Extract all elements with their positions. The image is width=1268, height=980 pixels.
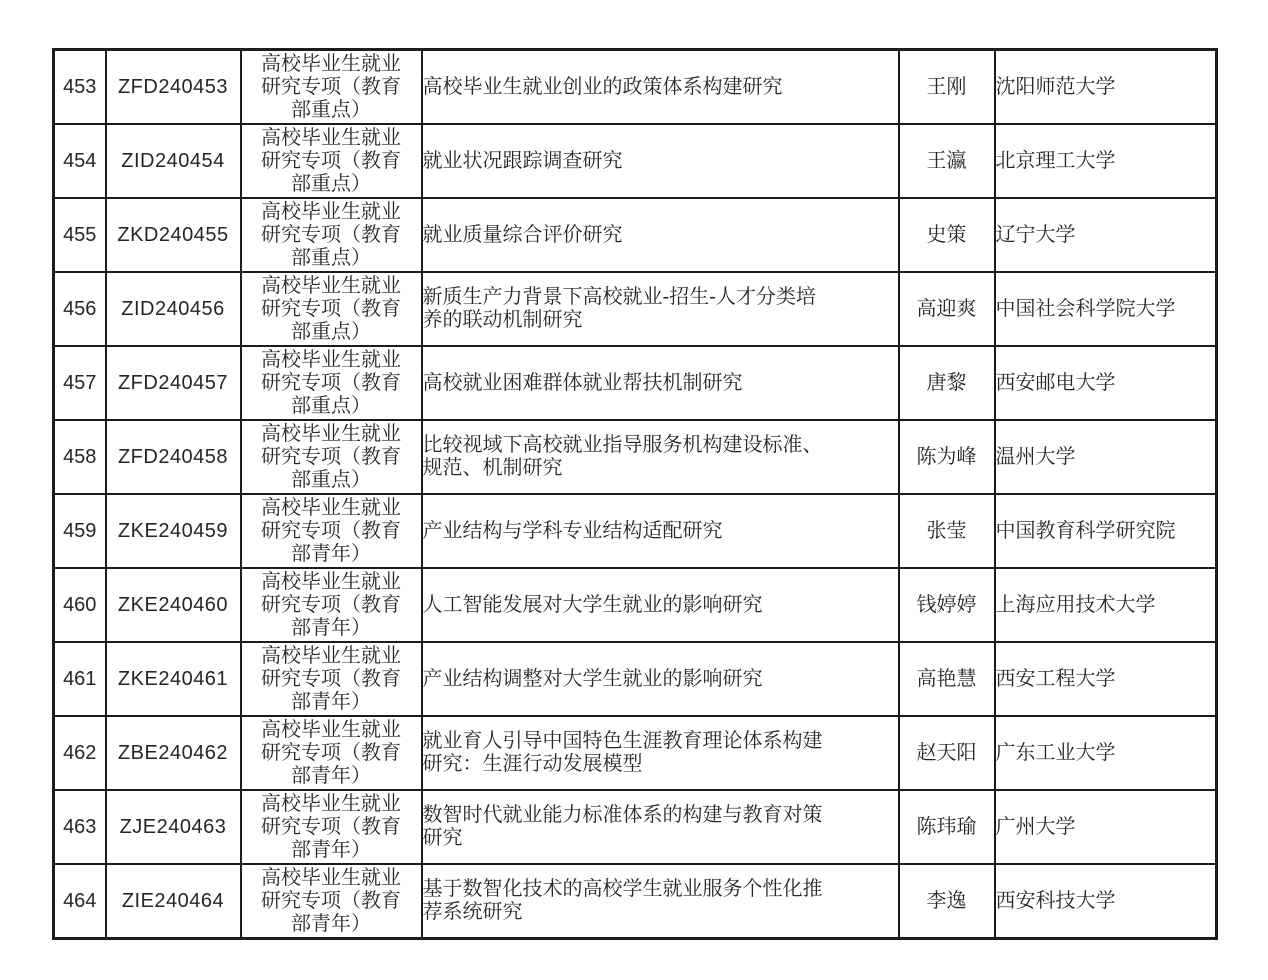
table-row: 453 ZFD240453 高校毕业生就业 研究专项（教育 部重点） 高校毕业生… [54,50,1217,125]
leader-name-cell: 史策 [899,198,995,272]
leader-name-cell: 钱婷婷 [899,568,995,642]
leader-name-cell: 张莹 [899,494,995,568]
institution-cell: 温州大学 [995,420,1217,494]
project-category-cell: 高校毕业生就业 研究专项（教育 部重点） [241,346,422,420]
row-number-cell: 458 [54,420,106,494]
table-row: 461 ZKE240461 高校毕业生就业 研究专项（教育 部青年） 产业结构调… [54,642,1217,716]
project-title-cell: 新质生产力背景下高校就业-招生-人才分类培 养的联动机制研究 [422,272,899,346]
project-title-cell: 高校毕业生就业创业的政策体系构建研究 [422,50,899,125]
table-row: 455 ZKD240455 高校毕业生就业 研究专项（教育 部重点） 就业质量综… [54,198,1217,272]
project-category-cell: 高校毕业生就业 研究专项（教育 部青年） [241,716,422,790]
project-title-cell: 就业育人引导中国特色生涯教育理论体系构建 研究：生涯行动发展模型 [422,716,899,790]
row-number-cell: 456 [54,272,106,346]
table-row: 456 ZID240456 高校毕业生就业 研究专项（教育 部重点） 新质生产力… [54,272,1217,346]
project-code-cell: ZIE240464 [106,864,241,939]
row-number-cell: 455 [54,198,106,272]
project-code-cell: ZKE240459 [106,494,241,568]
row-number-cell: 464 [54,864,106,939]
table-row: 464 ZIE240464 高校毕业生就业 研究专项（教育 部青年） 基于数智化… [54,864,1217,939]
institution-cell: 广州大学 [995,790,1217,864]
document-page: 453 ZFD240453 高校毕业生就业 研究专项（教育 部重点） 高校毕业生… [0,0,1268,980]
project-category-cell: 高校毕业生就业 研究专项（教育 部青年） [241,864,422,939]
leader-name-cell: 王瀛 [899,124,995,198]
institution-cell: 上海应用技术大学 [995,568,1217,642]
project-code-cell: ZKE240460 [106,568,241,642]
table-row: 460 ZKE240460 高校毕业生就业 研究专项（教育 部青年） 人工智能发… [54,568,1217,642]
project-code-cell: ZJE240463 [106,790,241,864]
institution-cell: 北京理工大学 [995,124,1217,198]
leader-name-cell: 李逸 [899,864,995,939]
project-code-cell: ZID240454 [106,124,241,198]
project-category-cell: 高校毕业生就业 研究专项（教育 部重点） [241,198,422,272]
project-category-cell: 高校毕业生就业 研究专项（教育 部重点） [241,50,422,125]
row-number-cell: 454 [54,124,106,198]
project-code-cell: ZKD240455 [106,198,241,272]
project-title-cell: 高校就业困难群体就业帮扶机制研究 [422,346,899,420]
project-category-cell: 高校毕业生就业 研究专项（教育 部青年） [241,494,422,568]
project-title-cell: 比较视域下高校就业指导服务机构建设标准、 规范、机制研究 [422,420,899,494]
row-number-cell: 457 [54,346,106,420]
leader-name-cell: 陈为峰 [899,420,995,494]
table-row: 454 ZID240454 高校毕业生就业 研究专项（教育 部重点） 就业状况跟… [54,124,1217,198]
project-category-cell: 高校毕业生就业 研究专项（教育 部青年） [241,790,422,864]
project-title-cell: 数智时代就业能力标准体系的构建与教育对策 研究 [422,790,899,864]
institution-cell: 西安科技大学 [995,864,1217,939]
row-number-cell: 453 [54,50,106,125]
table-row: 462 ZBE240462 高校毕业生就业 研究专项（教育 部青年） 就业育人引… [54,716,1217,790]
leader-name-cell: 陈玮瑜 [899,790,995,864]
row-number-cell: 463 [54,790,106,864]
institution-cell: 沈阳师范大学 [995,50,1217,125]
project-title-cell: 基于数智化技术的高校学生就业服务个性化推 荐系统研究 [422,864,899,939]
project-category-cell: 高校毕业生就业 研究专项（教育 部青年） [241,642,422,716]
projects-table: 453 ZFD240453 高校毕业生就业 研究专项（教育 部重点） 高校毕业生… [52,48,1218,940]
project-title-cell: 就业状况跟踪调查研究 [422,124,899,198]
row-number-cell: 459 [54,494,106,568]
project-category-cell: 高校毕业生就业 研究专项（教育 部青年） [241,568,422,642]
row-number-cell: 462 [54,716,106,790]
project-code-cell: ZFD240458 [106,420,241,494]
projects-table-body: 453 ZFD240453 高校毕业生就业 研究专项（教育 部重点） 高校毕业生… [54,50,1217,939]
row-number-cell: 460 [54,568,106,642]
leader-name-cell: 赵天阳 [899,716,995,790]
institution-cell: 中国社会科学院大学 [995,272,1217,346]
project-code-cell: ZFD240457 [106,346,241,420]
leader-name-cell: 高迎爽 [899,272,995,346]
project-category-cell: 高校毕业生就业 研究专项（教育 部重点） [241,124,422,198]
leader-name-cell: 唐黎 [899,346,995,420]
project-code-cell: ZKE240461 [106,642,241,716]
project-title-cell: 产业结构与学科专业结构适配研究 [422,494,899,568]
table-row: 457 ZFD240457 高校毕业生就业 研究专项（教育 部重点） 高校就业困… [54,346,1217,420]
project-code-cell: ZFD240453 [106,50,241,125]
leader-name-cell: 王刚 [899,50,995,125]
institution-cell: 广东工业大学 [995,716,1217,790]
institution-cell: 西安邮电大学 [995,346,1217,420]
project-title-cell: 人工智能发展对大学生就业的影响研究 [422,568,899,642]
project-title-cell: 产业结构调整对大学生就业的影响研究 [422,642,899,716]
table-row: 458 ZFD240458 高校毕业生就业 研究专项（教育 部重点） 比较视域下… [54,420,1217,494]
project-category-cell: 高校毕业生就业 研究专项（教育 部重点） [241,272,422,346]
institution-cell: 西安工程大学 [995,642,1217,716]
row-number-cell: 461 [54,642,106,716]
table-row: 459 ZKE240459 高校毕业生就业 研究专项（教育 部青年） 产业结构与… [54,494,1217,568]
project-code-cell: ZBE240462 [106,716,241,790]
leader-name-cell: 高艳慧 [899,642,995,716]
institution-cell: 辽宁大学 [995,198,1217,272]
project-category-cell: 高校毕业生就业 研究专项（教育 部重点） [241,420,422,494]
table-row: 463 ZJE240463 高校毕业生就业 研究专项（教育 部青年） 数智时代就… [54,790,1217,864]
project-title-cell: 就业质量综合评价研究 [422,198,899,272]
project-code-cell: ZID240456 [106,272,241,346]
institution-cell: 中国教育科学研究院 [995,494,1217,568]
